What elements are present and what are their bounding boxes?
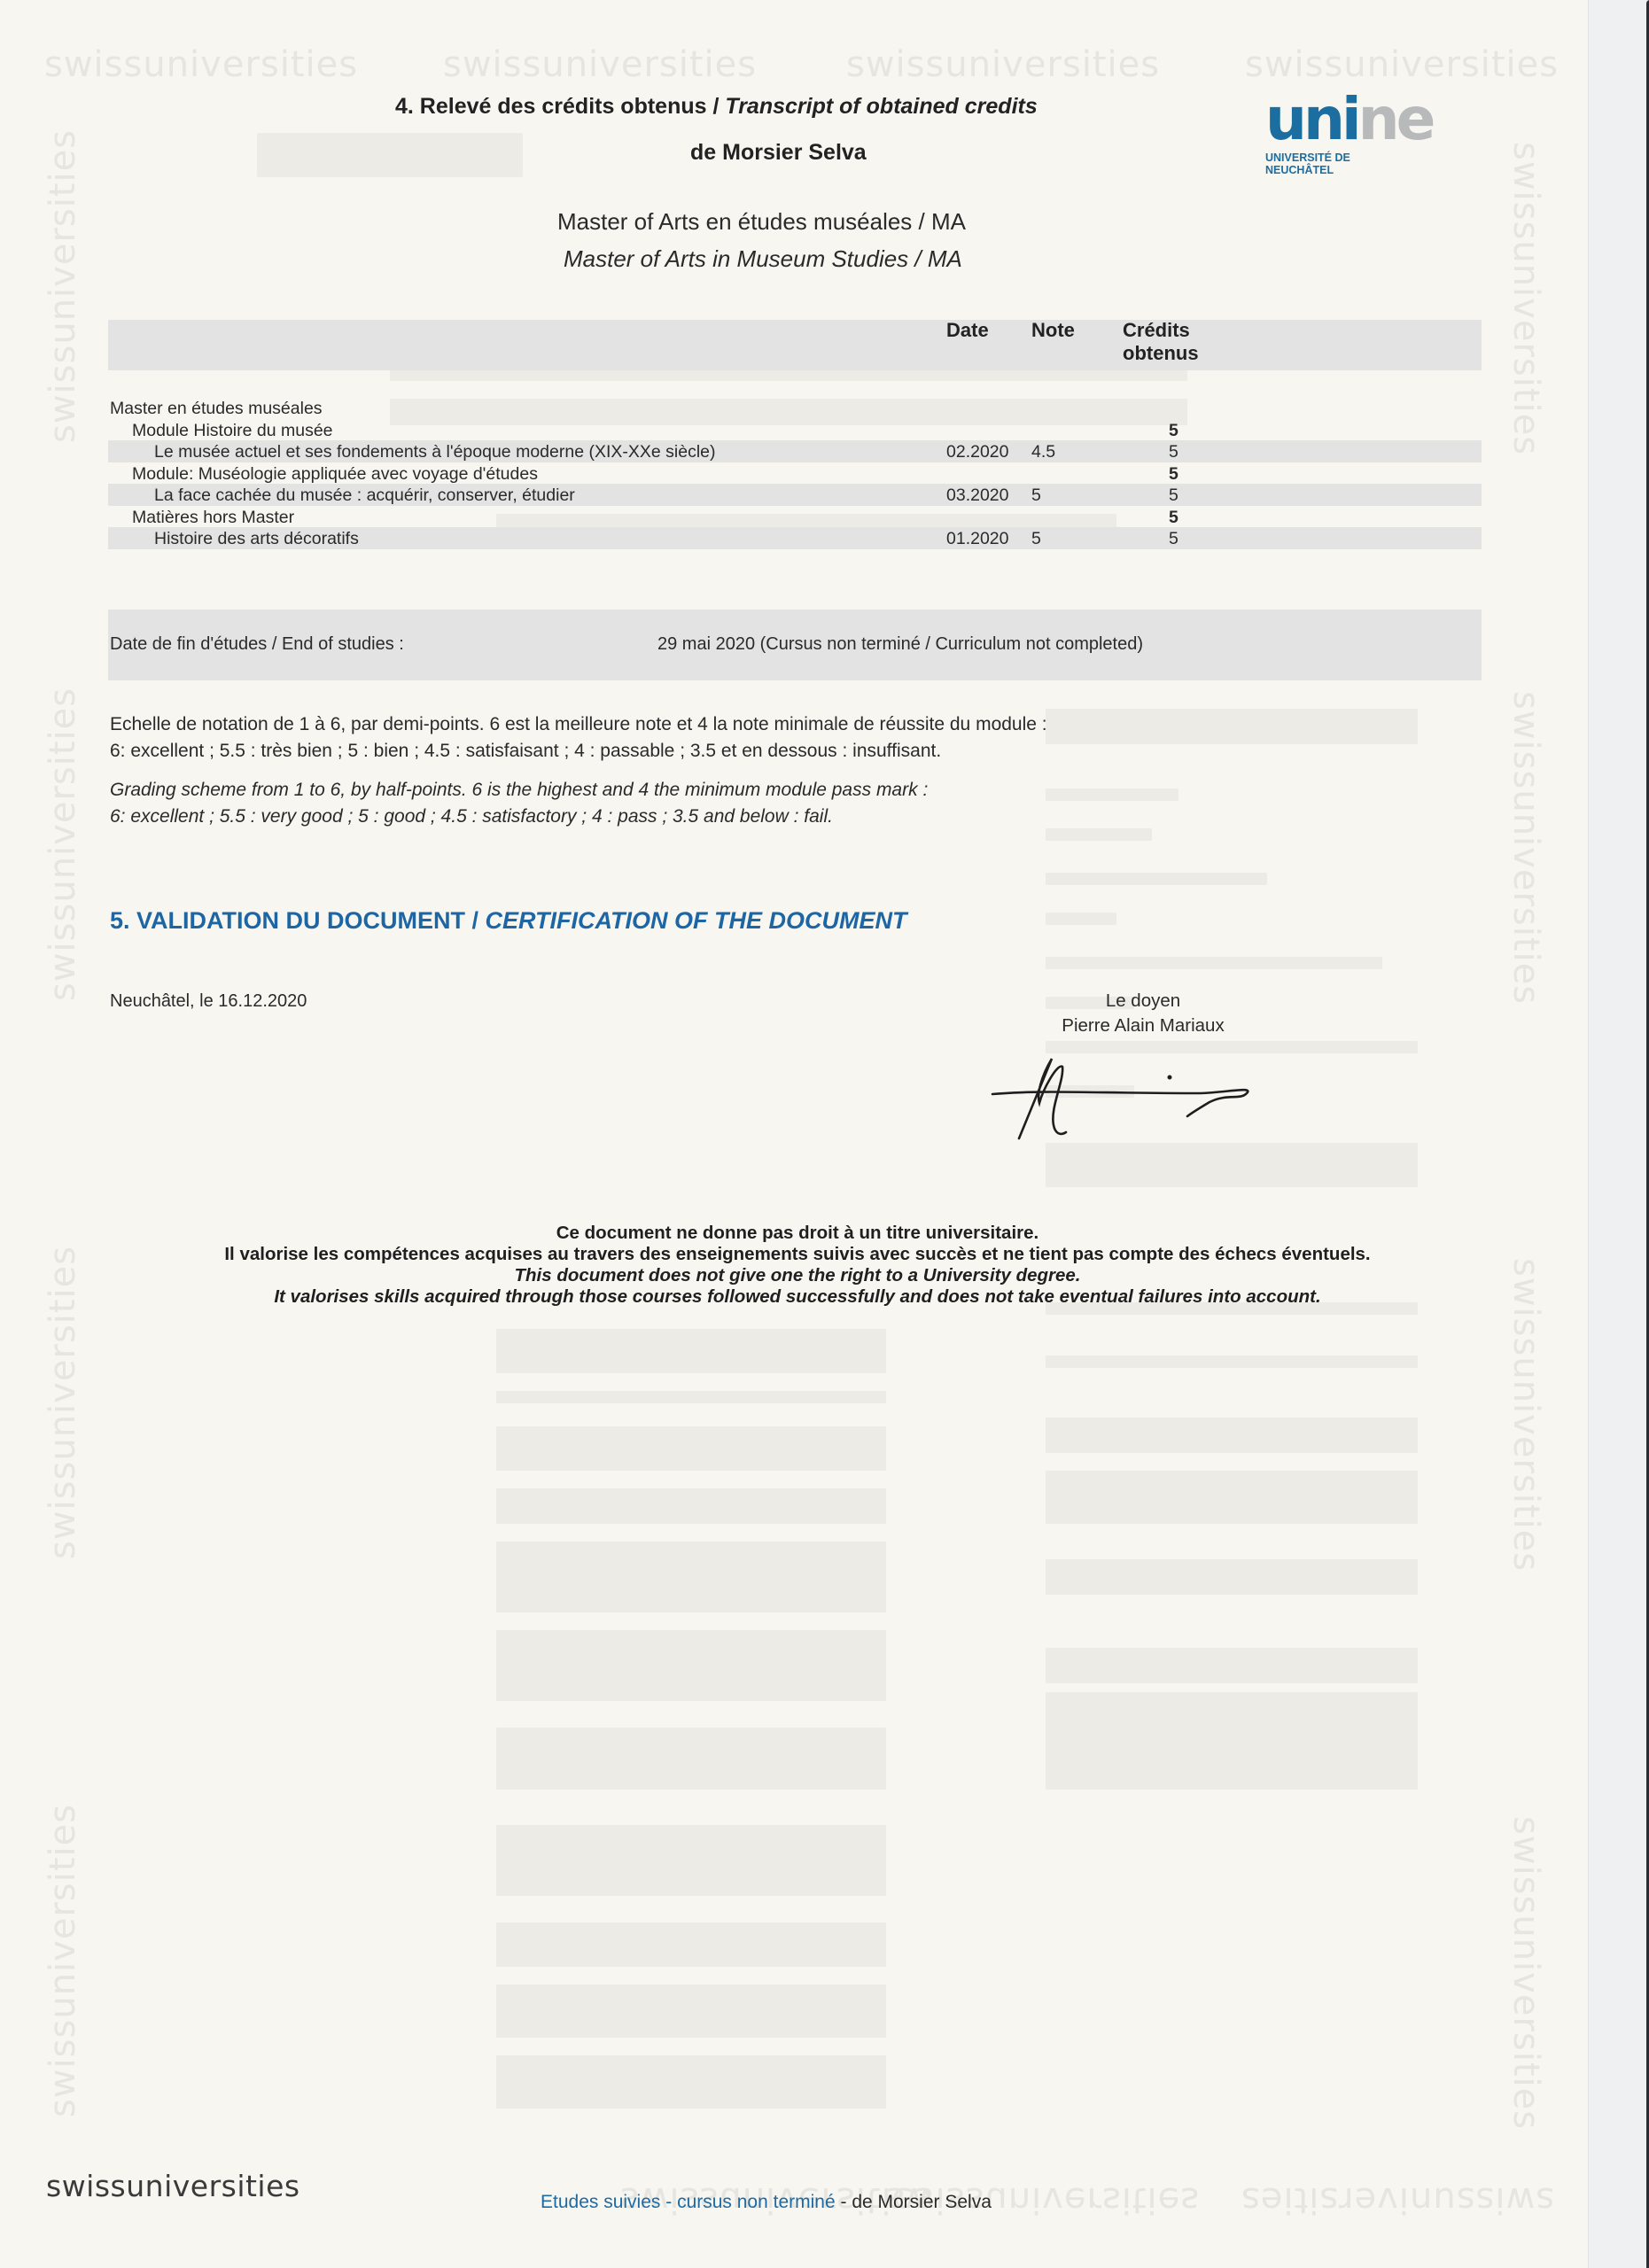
watermark-left-1: swissuniversities bbox=[43, 129, 83, 443]
disclaimer-notice: Ce document ne donne pas droit à un titr… bbox=[97, 1223, 1497, 1308]
watermark-right-3: swissuniversities bbox=[1505, 1258, 1546, 1572]
swissuniversities-logo: swissuniversities bbox=[46, 2169, 300, 2203]
signatory-role: Le doyen bbox=[1028, 989, 1258, 1014]
logo-ne: ne bbox=[1358, 85, 1433, 153]
grading-scheme-en: Grading scheme from 1 to 6, by half-poin… bbox=[110, 777, 928, 830]
signatory: Le doyen Pierre Alain Mariaux bbox=[1028, 989, 1258, 1038]
row-label: Master en études muséales bbox=[110, 399, 323, 418]
row-label: Histoire des arts décoratifs bbox=[154, 529, 359, 548]
programme-fr: Master of Arts en études muséales / MA bbox=[557, 208, 966, 236]
section-4-title-fr: 4. Relevé des crédits obtenus / bbox=[395, 94, 725, 119]
row-label: Matières hors Master bbox=[132, 508, 294, 527]
end-of-studies-value: 29 mai 2020 (Cursus non terminé / Curric… bbox=[657, 634, 1143, 654]
place-and-date: Neuchâtel, le 16.12.2020 bbox=[110, 991, 307, 1011]
student-name: de Morsier Selva bbox=[690, 140, 867, 166]
watermark-top-2: swissuniversities bbox=[443, 44, 757, 85]
watermark-right-1: swissuniversities bbox=[1505, 142, 1546, 455]
footer-student: - de Morsier Selva bbox=[836, 2192, 992, 2212]
row-label: Module Histoire du musée bbox=[132, 421, 333, 440]
watermark-top-3: swissuniversities bbox=[846, 44, 1160, 85]
section-4-title-en: Transcript of obtained credits bbox=[725, 94, 1037, 119]
table-header-band bbox=[108, 320, 1482, 370]
watermark-right-4: swissuniversities bbox=[1505, 1816, 1546, 2130]
row-credits: 5 bbox=[1169, 529, 1178, 548]
row-note: 5 bbox=[1031, 529, 1041, 548]
row-credits: 5 bbox=[1169, 442, 1178, 462]
row-date: 01.2020 bbox=[946, 529, 1009, 548]
signature bbox=[988, 1054, 1263, 1143]
unine-logo: unine UNIVERSITÉ DE NEUCHÂTEL bbox=[1265, 93, 1425, 176]
col-header-note: Note bbox=[1031, 319, 1075, 342]
footer-status: Etudes suivies - cursus non terminé - de… bbox=[541, 2192, 992, 2213]
watermark-left-2: swissuniversities bbox=[43, 687, 83, 1001]
watermark-right-2: swissuniversities bbox=[1505, 691, 1546, 1005]
end-of-studies-label: Date de fin d'études / End of studies : bbox=[110, 634, 404, 654]
col-header-credits: Crédits obtenus bbox=[1123, 319, 1199, 365]
logo-caption: UNIVERSITÉ DE NEUCHÂTEL bbox=[1265, 151, 1425, 176]
watermark-top-4: swissuniversities bbox=[1245, 44, 1559, 85]
scanner-bed-edge bbox=[1588, 0, 1649, 2268]
row-note: 5 bbox=[1031, 485, 1041, 505]
footer-status-text: Etudes suivies - cursus non terminé bbox=[541, 2192, 836, 2212]
row-credits: 5 bbox=[1169, 508, 1178, 527]
row-credits: 5 bbox=[1169, 485, 1178, 505]
watermark-left-4: swissuniversities bbox=[43, 1804, 83, 2117]
section-5-title: 5. VALIDATION DU DOCUMENT / CERTIFICATIO… bbox=[110, 907, 906, 935]
row-credits: 5 bbox=[1169, 464, 1178, 484]
signatory-name: Pierre Alain Mariaux bbox=[1028, 1014, 1258, 1038]
watermark-left-3: swissuniversities bbox=[43, 1246, 83, 1559]
row-note: 4.5 bbox=[1031, 442, 1055, 462]
watermark-bottom-3: swissuniversities bbox=[1241, 2179, 1554, 2220]
document-page: swissuniversities swissuniversities swis… bbox=[0, 0, 1588, 2268]
logo-uni: uni bbox=[1265, 85, 1358, 153]
row-label: Module: Muséologie appliquée avec voyage… bbox=[132, 464, 538, 484]
row-label: La face cachée du musée : acquérir, cons… bbox=[154, 485, 575, 505]
grading-scheme-fr: Echelle de notation de 1 à 6, par demi-p… bbox=[110, 711, 1047, 765]
watermark-top-1: swissuniversities bbox=[44, 44, 358, 85]
row-date: 02.2020 bbox=[946, 442, 1009, 462]
row-label: Le musée actuel et ses fondements à l'ép… bbox=[154, 442, 716, 462]
col-header-date: Date bbox=[946, 319, 989, 342]
row-credits: 5 bbox=[1169, 421, 1178, 440]
programme-en: Master of Arts in Museum Studies / MA bbox=[564, 245, 962, 273]
row-date: 03.2020 bbox=[946, 485, 1009, 505]
section-4-title: 4. Relevé des crédits obtenus / Transcri… bbox=[395, 94, 1038, 120]
